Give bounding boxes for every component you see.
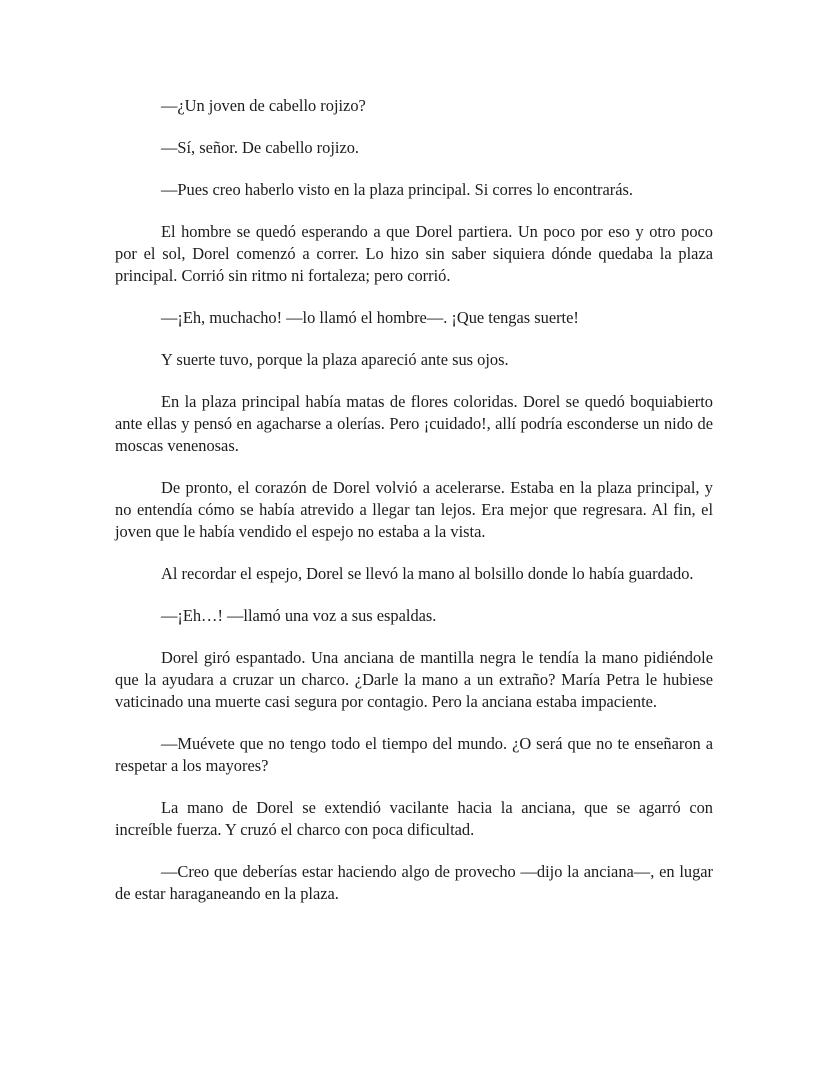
dialogue-paragraph: —Pues creo haberlo visto en la plaza pri… <box>115 179 713 201</box>
narration-paragraph: En la plaza principal había matas de flo… <box>115 391 713 457</box>
narration-paragraph: La mano de Dorel se extendió vacilante h… <box>115 797 713 841</box>
narration-paragraph: Al recordar el espejo, Dorel se llevó la… <box>115 563 713 585</box>
dialogue-paragraph: —¡Eh, muchacho! —lo llamó el hombre—. ¡Q… <box>115 307 713 329</box>
narration-paragraph: El hombre se quedó esperando a que Dorel… <box>115 221 713 287</box>
narration-paragraph: Y suerte tuvo, porque la plaza apareció … <box>115 349 713 371</box>
dialogue-paragraph: —Sí, señor. De cabello rojizo. <box>115 137 713 159</box>
dialogue-paragraph: —¿Un joven de cabello rojizo? <box>115 95 713 117</box>
dialogue-paragraph: —Muévete que no tengo todo el tiempo del… <box>115 733 713 777</box>
narration-paragraph: De pronto, el corazón de Dorel volvió a … <box>115 477 713 543</box>
dialogue-paragraph: —¡Eh…! —llamó una voz a sus espaldas. <box>115 605 713 627</box>
dialogue-paragraph: —Creo que deberías estar haciendo algo d… <box>115 861 713 905</box>
document-page: —¿Un joven de cabello rojizo? —Sí, señor… <box>115 95 713 925</box>
narration-paragraph: Dorel giró espantado. Una anciana de man… <box>115 647 713 713</box>
